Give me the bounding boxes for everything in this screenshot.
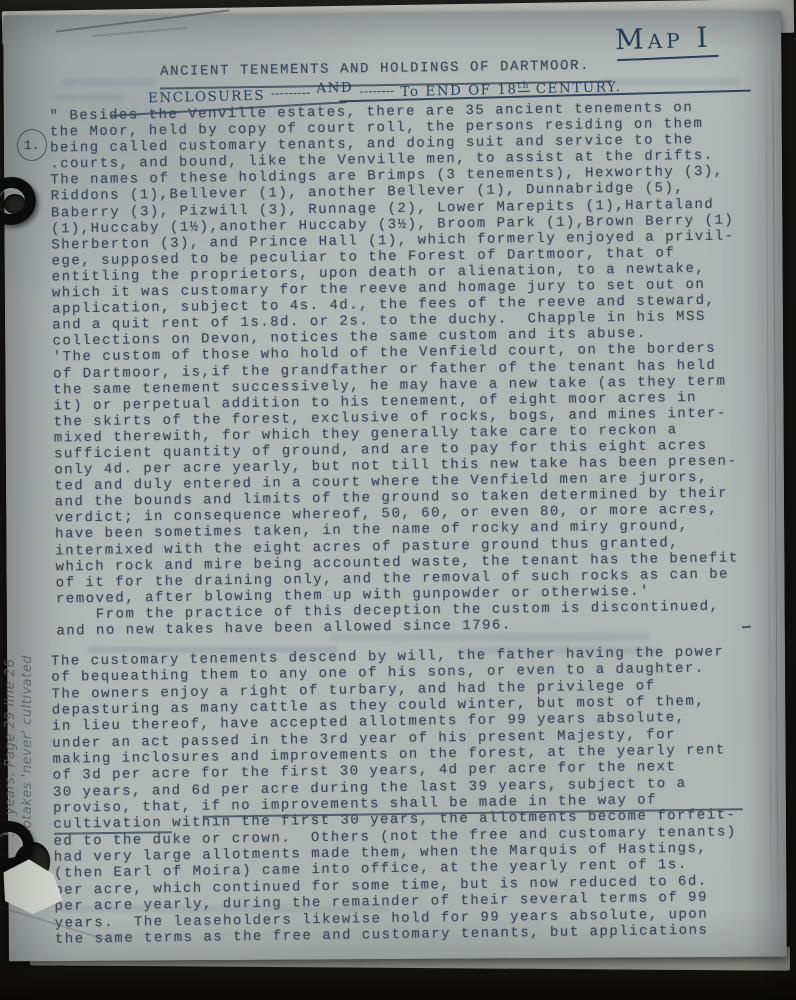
margin-note-line: 50 years. Page 29 line 26: [2, 585, 19, 837]
left-margin-note: 50 years. Page 29 line 26 notakes 'never…: [2, 585, 48, 837]
photographed-document: Map I ANCIENT TENEMENTS AND HOLDINGS OF …: [0, 0, 796, 1000]
body-paragraph-1: " Besides the Venville estates, there ar…: [50, 100, 740, 640]
annotation-dashes: ---------: [271, 85, 311, 101]
ink-showthrough: [55, 94, 125, 101]
ink-showthrough: [62, 78, 157, 86]
annotation-and: AND: [316, 79, 353, 96]
annotation-enclosures: ENCLOSURES: [148, 87, 265, 106]
page-number: 1.: [24, 137, 40, 152]
stacked-pages-edge: [772, 15, 779, 951]
margin-note-line: notakes 'never' cultivated: [19, 585, 36, 837]
stacked-pages-edge: [765, 15, 772, 951]
map-label: Map I: [615, 21, 712, 57]
body-paragraph-2: The customary tenements descend by will,…: [51, 644, 738, 948]
annotation-dashes: --------: [359, 83, 394, 99]
